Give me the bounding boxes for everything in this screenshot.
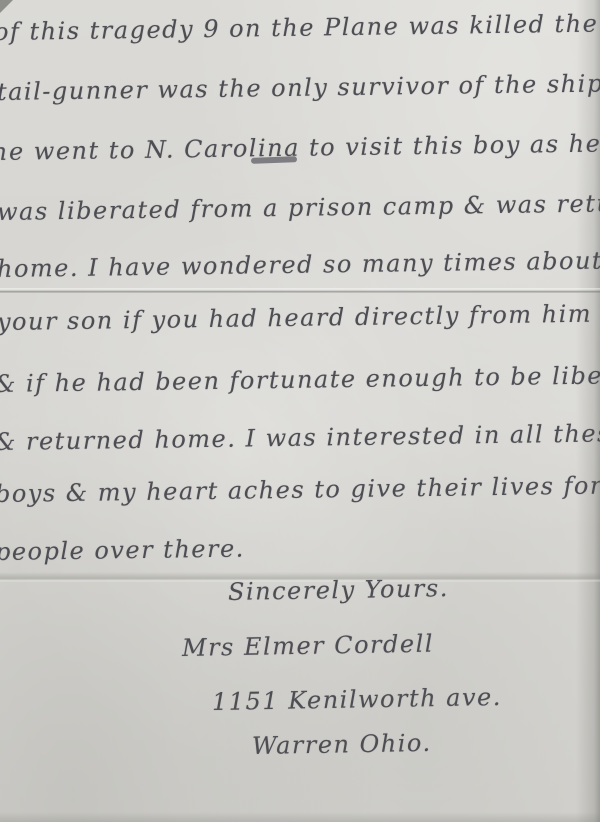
- letter-line: & if he had been fortunate enough to be …: [0, 360, 600, 398]
- letter-line: your son if you had heard directly from …: [0, 300, 592, 336]
- signature-line: Mrs Elmer Cordell: [182, 630, 434, 662]
- paper-bottom-shadow: [0, 812, 600, 822]
- letter-page: of this tragedy 9 on the Plane was kille…: [0, 0, 600, 822]
- letter-line: tail-gunner was the only survivor of the…: [0, 70, 600, 106]
- letter-line: boys & my heart aches to give their live…: [0, 471, 600, 508]
- letter-line: of this tragedy 9 on the Plane was kille…: [0, 10, 599, 46]
- letter-line: & returned home. I was interested in all…: [0, 419, 600, 456]
- ink-scribble-correction: [251, 156, 297, 164]
- letter-line: home. I have wondered so many times abou…: [0, 247, 600, 283]
- letter-line: he went to N. Carolina to visit this boy…: [0, 129, 600, 166]
- signoff-line: Sincerely Yours.: [228, 574, 449, 606]
- letter-line: people over there.: [0, 535, 245, 566]
- address-line: 1151 Kenilworth ave.: [212, 683, 502, 716]
- corner-fold: [0, 0, 13, 13]
- city-line: Warren Ohio.: [252, 729, 432, 760]
- fold-crease-upper: [0, 288, 600, 293]
- letter-line: was liberated from a prison camp & was r…: [0, 189, 600, 226]
